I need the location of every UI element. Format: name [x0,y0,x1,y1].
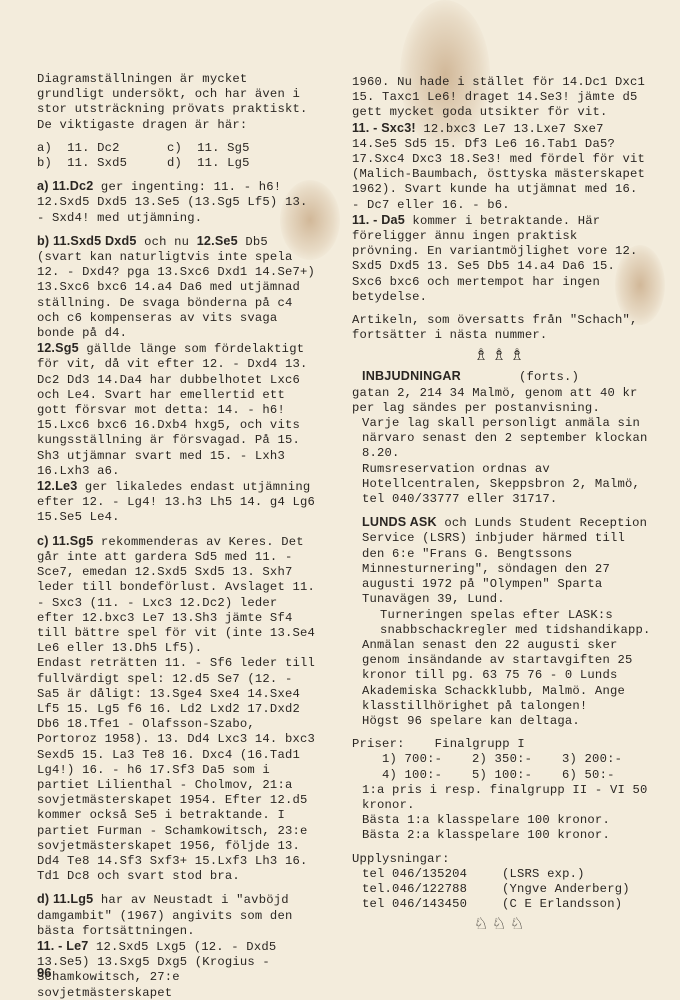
info-contacts: tel 046/135204(LSRS exp.) tel.046/122788… [352,867,652,913]
variation-b: b) 11.Sxd5 Dxd5 och nu 12.Se5 Db5 (svart… [37,234,320,341]
prizes-heading: Priser: Finalgrupp I [352,737,652,752]
prizes-note-2: Bästa 1:a klasspelare 100 kronor. [352,813,652,828]
lunds-ask-p1: LUNDS ASK och Lunds Student Reception Se… [352,515,652,607]
invitations-p3: Rumsreservation ordnas av Hotellcentrale… [352,462,652,508]
variation-c-cont: Endast reträtten 11. - Sf6 leder till fu… [37,656,320,884]
invitations-p1: gatan 2, 214 34 Malmö, genom att 40 kr p… [352,386,652,416]
variation-da5: 11. - Da5 kommer i betraktande. Här före… [352,213,652,305]
lunds-ask-p2: Turneringen spelas efter LASK:s snabbsch… [352,608,652,638]
variation-a: a) 11.Dc2 ger ingenting: 11. - h6! 12.Sx… [37,179,320,226]
option-a: a) 11. Dc2 [37,141,167,156]
right-column: 1960. Nu hade i stället för 14.Dc1 Dxc1 … [352,75,652,938]
invitations-p2: Varje lag skall personligt anmäla sin nä… [352,416,652,462]
article-footer-note: Artikeln, som översatts från "Schach", f… [352,313,652,343]
variation-le3: 12.Le3 ger likaledes endast utjämning ef… [37,479,320,526]
lunds-ask-p4: Högst 96 spelare kan deltaga. [352,714,652,729]
page-number: 96 [37,965,51,980]
prizes-table: 1) 700:-2) 350:-3) 200:- 4) 100:-5) 100:… [352,752,652,782]
prizes-note-1: 1:a pris i resp. finalgrupp II - VI 50 k… [352,783,652,813]
invitations-heading: INBJUDNINGAR(forts.) [352,369,652,385]
option-c: c) 11. Sg5 [167,141,317,156]
info-heading: Upplysningar: [352,852,652,867]
lunds-ask-p3: Anmälan senast den 22 augusti sker genom… [352,638,652,714]
knight-divider-icon: ♘♘♘ [352,912,652,938]
variation-le7: 11. - Le7 12.Sxd5 Lxg5 (12. - Dxd5 13.Se… [37,939,320,1000]
bishop-divider-icon: ♗♗♗ [352,343,652,369]
option-b: b) 11. Sxd5 [37,156,167,171]
variation-sxc3: 11. - Sxc3! 12.bxc3 Le7 13.Lxe7 Sxe7 14.… [352,121,652,213]
variation-d: d) 11.Lg5 har av Neustadt i "avböjd damg… [37,892,320,939]
continuation-paragraph: 1960. Nu hade i stället för 14.Dc1 Dxc1 … [352,75,652,121]
prizes-note-3: Bästa 2:a klasspelare 100 kronor. [352,828,652,843]
left-column: Diagramställningen är mycket grundligt u… [37,72,320,1000]
variation-sg5: 12.Sg5 gällde länge som fördelaktigt för… [37,341,320,479]
intro-paragraph: Diagramställningen är mycket grundligt u… [37,72,320,133]
option-d: d) 11. Lg5 [167,156,317,171]
variation-c: c) 11.Sg5 rekommenderas av Keres. Det gå… [37,534,320,657]
move-options: a) 11. Dc2 c) 11. Sg5 b) 11. Sxd5 d) 11.… [37,141,320,171]
